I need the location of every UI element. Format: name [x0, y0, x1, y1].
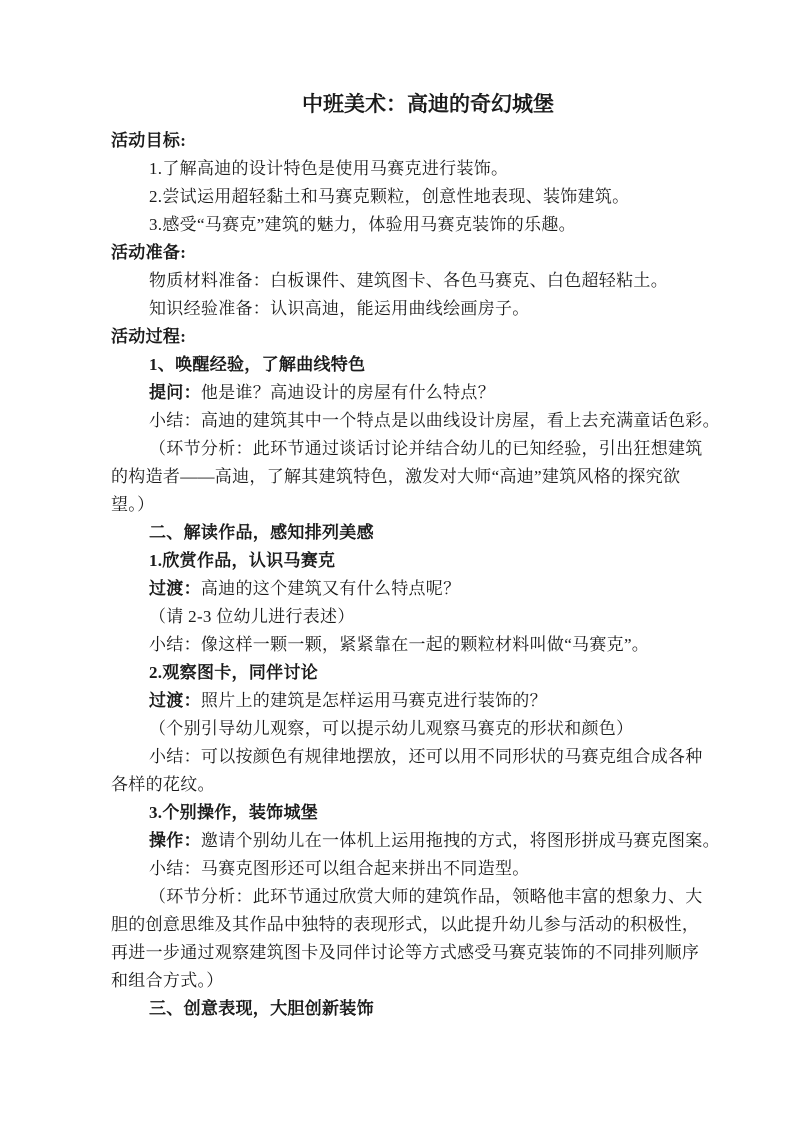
doc-line: 活动目标: [111, 127, 711, 155]
doc-line-text: （个别引导幼儿观察，可以提示幼儿观察马赛克的形状和颜色） [149, 719, 633, 738]
doc-line-text: 他是谁？高迪设计的房屋有什么特点？ [201, 383, 495, 402]
doc-line-label: 活动过程: [111, 327, 186, 346]
doc-line-label: 1.欣赏作品，认识马赛克 [149, 551, 335, 570]
doc-line: （请 2-3 位幼儿进行表述） [111, 603, 711, 631]
document-title: 中班美术：高迪的奇幻城堡 [111, 91, 719, 118]
doc-line-text: 小结：高迪的建筑其中一个特点是以曲线设计房屋，看上去充满童话色彩。 [149, 411, 720, 430]
doc-line-label: 活动目标: [111, 131, 186, 150]
doc-line: 三、创意表现，大胆创新装饰 [111, 995, 711, 1023]
doc-line-label: 过渡： [149, 579, 201, 598]
doc-line-text: （环节分析：此环节通过欣赏大师的建筑作品，领略他丰富的想象力、大 [149, 887, 703, 906]
doc-line: 小结：马赛克图形还可以组合起来拼出不同造型。 [111, 855, 711, 883]
doc-line: 1、唤醒经验，了解曲线特色 [111, 351, 711, 379]
doc-line: 操作：邀请个别幼儿在一体机上运用拖拽的方式，将图形拼成马赛克图案。 [111, 827, 711, 855]
doc-line: 3.个别操作，装饰城堡 [111, 799, 711, 827]
doc-line-text: 小结：马赛克图形还可以组合起来拼出不同造型。 [149, 859, 530, 878]
doc-line-text: 物质材料准备：白板课件、建筑图卡、各色马赛克、白色超轻粘土。 [149, 271, 668, 290]
doc-line-label: 2.观察图卡，同伴讨论 [149, 663, 318, 682]
doc-line: 望。） [111, 491, 711, 519]
doc-line-label: 过渡： [149, 691, 201, 710]
doc-line-label: 1、唤醒经验，了解曲线特色 [149, 355, 365, 374]
doc-line: 的构造者——高迪，了解其建筑特色，激发对大师“高迪”建筑风格的探究欲 [111, 463, 711, 491]
doc-line-text: 望。） [111, 495, 154, 514]
doc-line-text: 高迪的这个建筑又有什么特点呢？ [201, 579, 461, 598]
doc-line-text: 照片上的建筑是怎样运用马赛克进行装饰的？ [201, 691, 547, 710]
document-page: 中班美术：高迪的奇幻城堡 活动目标:1.了解高迪的设计特色是使用马赛克进行装饰。… [0, 0, 794, 1123]
doc-line: 2.尝试运用超轻黏土和马赛克颗粒，创意性地表现、装饰建筑。 [111, 183, 711, 211]
doc-line: 小结：像这样一颗一颗，紧紧靠在一起的颗粒材料叫做“马赛克”。 [111, 631, 711, 659]
document-body: 活动目标:1.了解高迪的设计特色是使用马赛克进行装饰。2.尝试运用超轻黏土和马赛… [111, 127, 711, 1023]
doc-line: 活动过程: [111, 323, 711, 351]
doc-line: 和组合方式。） [111, 967, 711, 995]
doc-line-label: 提问： [149, 383, 201, 402]
doc-line-label: 操作： [149, 831, 201, 850]
doc-line: 3.感受“马赛克”建筑的魅力，体验用马赛克装饰的乐趣。 [111, 211, 711, 239]
doc-line-text: 各样的花纹。 [111, 775, 215, 794]
doc-line-text: 小结：像这样一颗一颗，紧紧靠在一起的颗粒材料叫做“马赛克”。 [149, 635, 649, 654]
doc-line-text: （环节分析：此环节通过谈话讨论并结合幼儿的已知经验，引出狂想建筑 [149, 439, 703, 458]
doc-line: 各样的花纹。 [111, 771, 711, 799]
doc-line: 二、解读作品，感知排列美感 [111, 519, 711, 547]
doc-line-text: 小结：可以按颜色有规律地摆放，还可以用不同形状的马赛克组合成各种 [149, 747, 703, 766]
doc-line: 过渡：高迪的这个建筑又有什么特点呢？ [111, 575, 711, 603]
doc-line-text: 和组合方式。） [111, 971, 224, 990]
doc-line: （环节分析：此环节通过谈话讨论并结合幼儿的已知经验，引出狂想建筑 [111, 435, 711, 463]
doc-line-text: 的构造者——高迪，了解其建筑特色，激发对大师“高迪”建筑风格的探究欲 [111, 467, 680, 486]
doc-line: 物质材料准备：白板课件、建筑图卡、各色马赛克、白色超轻粘土。 [111, 267, 711, 295]
doc-line: 过渡：照片上的建筑是怎样运用马赛克进行装饰的？ [111, 687, 711, 715]
doc-line: 活动准备: [111, 239, 711, 267]
doc-line: 再进一步通过观察建筑图卡及同伴讨论等方式感受马赛克装饰的不同排列顺序 [111, 939, 711, 967]
doc-line-label: 3.个别操作，装饰城堡 [149, 803, 318, 822]
doc-line: （个别引导幼儿观察，可以提示幼儿观察马赛克的形状和颜色） [111, 715, 711, 743]
doc-line: 知识经验准备：认识高迪，能运用曲线绘画房子。 [111, 295, 711, 323]
doc-line-label: 三、创意表现，大胆创新装饰 [149, 999, 374, 1018]
doc-line: 2.观察图卡，同伴讨论 [111, 659, 711, 687]
doc-line-text: 1.了解高迪的设计特色是使用马赛克进行装饰。 [149, 159, 508, 178]
doc-line-text: 邀请个别幼儿在一体机上运用拖拽的方式，将图形拼成马赛克图案。 [201, 831, 720, 850]
doc-line: （环节分析：此环节通过欣赏大师的建筑作品，领略他丰富的想象力、大 [111, 883, 711, 911]
doc-line: 提问：他是谁？高迪设计的房屋有什么特点？ [111, 379, 711, 407]
doc-line-text: 知识经验准备：认识高迪，能运用曲线绘画房子。 [149, 299, 530, 318]
doc-line-label: 二、解读作品，感知排列美感 [149, 523, 374, 542]
doc-line-text: 2.尝试运用超轻黏土和马赛克颗粒，创意性地表现、装饰建筑。 [149, 187, 629, 206]
doc-line-text: 胆的创意思维及其作品中独特的表现形式，以此提升幼儿参与活动的积极性， [111, 915, 699, 934]
doc-line-text: （请 2-3 位幼儿进行表述） [149, 607, 355, 626]
doc-line: 1.了解高迪的设计特色是使用马赛克进行装饰。 [111, 155, 711, 183]
doc-line: 1.欣赏作品，认识马赛克 [111, 547, 711, 575]
doc-line-text: 再进一步通过观察建筑图卡及同伴讨论等方式感受马赛克装饰的不同排列顺序 [111, 943, 699, 962]
doc-line-label: 活动准备: [111, 243, 186, 262]
doc-line: 小结：可以按颜色有规律地摆放，还可以用不同形状的马赛克组合成各种 [111, 743, 711, 771]
doc-line-text: 3.感受“马赛克”建筑的魅力，体验用马赛克装饰的乐趣。 [149, 215, 576, 234]
doc-line: 小结：高迪的建筑其中一个特点是以曲线设计房屋，看上去充满童话色彩。 [111, 407, 711, 435]
doc-line: 胆的创意思维及其作品中独特的表现形式，以此提升幼儿参与活动的积极性， [111, 911, 711, 939]
